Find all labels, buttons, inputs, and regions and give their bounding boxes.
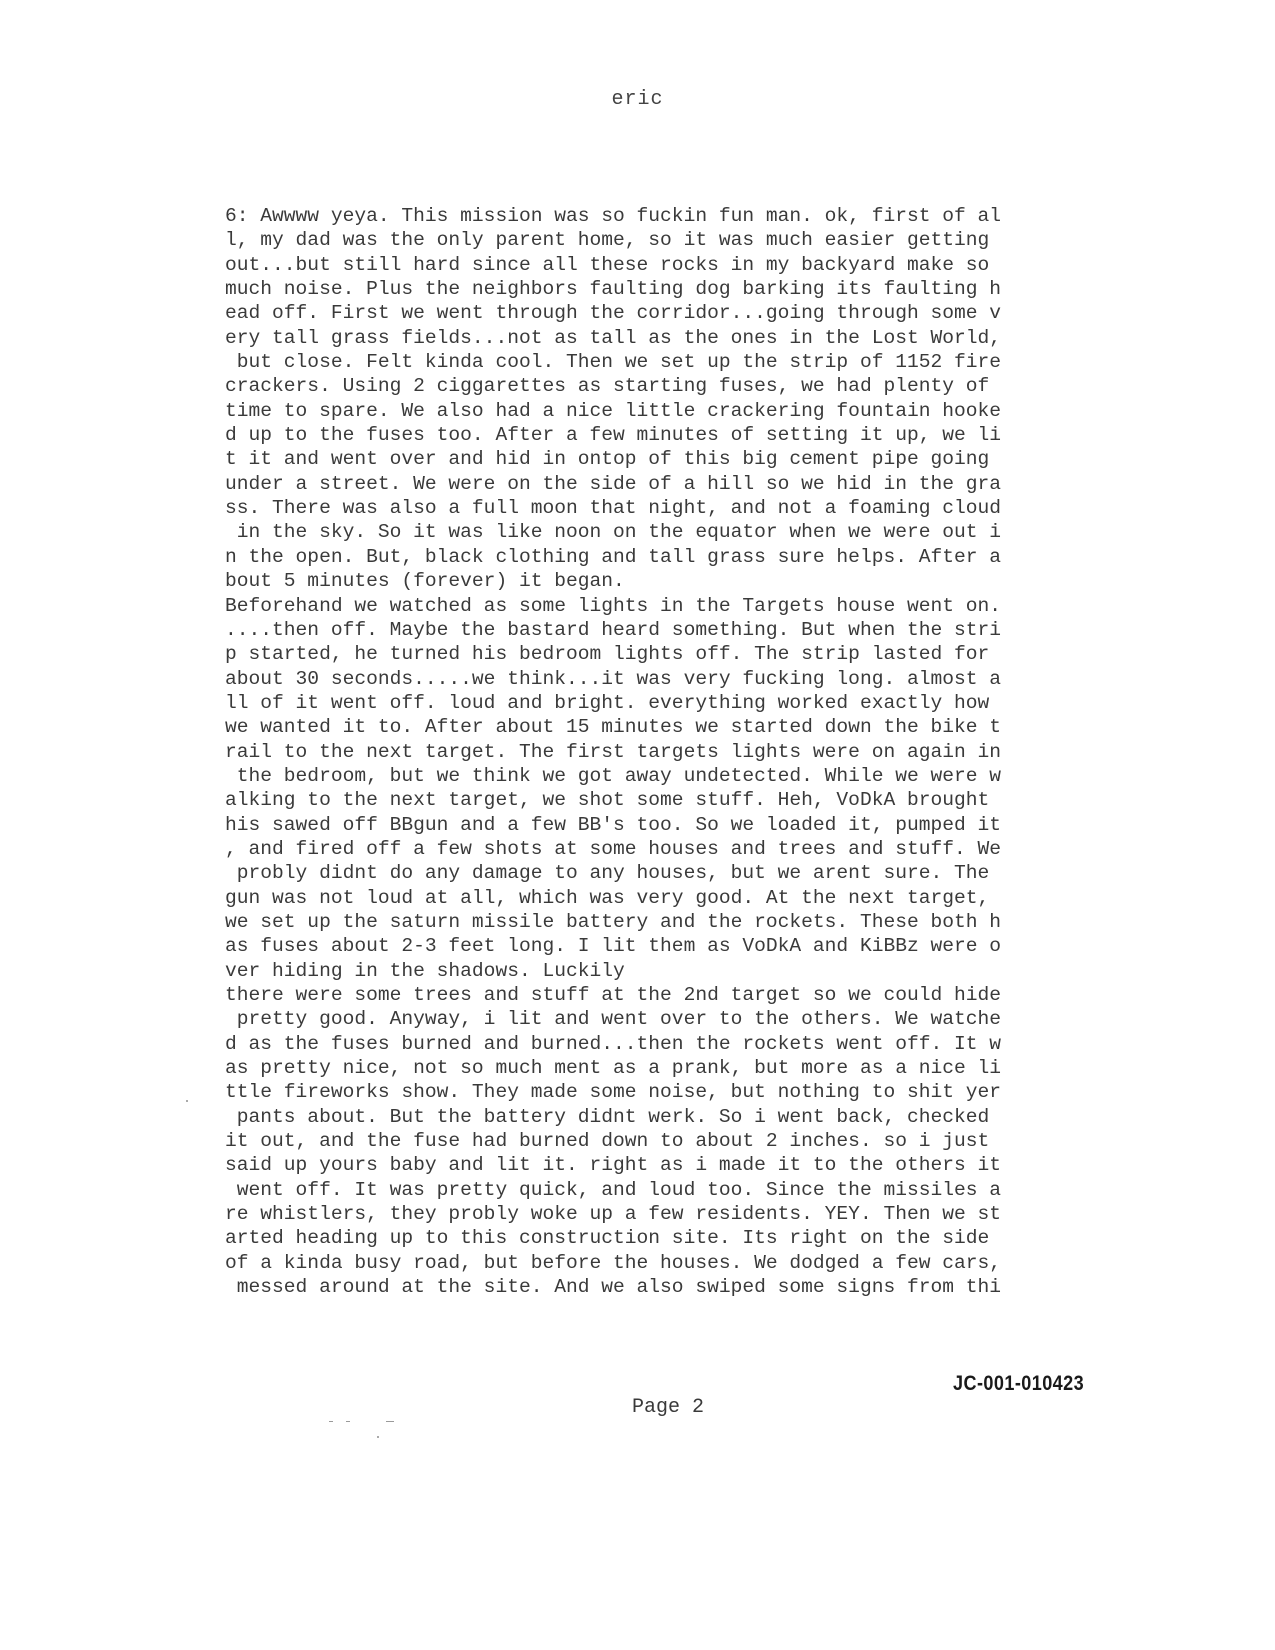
bates-document-id: JC-001-010423 — [953, 1372, 1084, 1396]
body-line: there were some trees and stuff at the 2… — [225, 983, 1125, 1007]
scan-artifact-mark — [346, 1421, 350, 1422]
body-line: re whistlers, they probly woke up a few … — [225, 1202, 1125, 1226]
scan-artifact-mark — [377, 1436, 379, 1438]
body-line: l, my dad was the only parent home, so i… — [225, 228, 1125, 252]
body-line: gun was not loud at all, which was very … — [225, 886, 1125, 910]
scan-artifact-mark — [329, 1421, 333, 1422]
body-line: pretty good. Anyway, i lit and went over… — [225, 1007, 1125, 1031]
body-line: ttle fireworks show. They made some nois… — [225, 1080, 1125, 1104]
body-line: pants about. But the battery didnt werk.… — [225, 1105, 1125, 1129]
body-line: went off. It was pretty quick, and loud … — [225, 1178, 1125, 1202]
document-body-text: 6: Awwww yeya. This mission was so fucki… — [225, 204, 1125, 1299]
body-line: under a street. We were on the side of a… — [225, 472, 1125, 496]
body-line: ss. There was also a full moon that nigh… — [225, 496, 1125, 520]
body-line: the bedroom, but we think we got away un… — [225, 764, 1125, 788]
body-line: we set up the saturn missile battery and… — [225, 910, 1125, 934]
body-line: t it and went over and hid in ontop of t… — [225, 447, 1125, 471]
body-line: his sawed off BBgun and a few BB's too. … — [225, 813, 1125, 837]
body-line: alking to the next target, we shot some … — [225, 788, 1125, 812]
body-line: we wanted it to. After about 15 minutes … — [225, 715, 1125, 739]
body-line: ....then off. Maybe the bastard heard so… — [225, 618, 1125, 642]
body-line: time to spare. We also had a nice little… — [225, 399, 1125, 423]
body-line: probly didnt do any damage to any houses… — [225, 861, 1125, 885]
body-line: , and fired off a few shots at some hous… — [225, 837, 1125, 861]
body-line: said up yours baby and lit it. right as … — [225, 1153, 1125, 1177]
body-line: d up to the fuses too. After a few minut… — [225, 423, 1125, 447]
body-line: Beforehand we watched as some lights in … — [225, 594, 1125, 618]
body-line: arted heading up to this construction si… — [225, 1226, 1125, 1250]
page-number: Page 2 — [632, 1396, 704, 1419]
body-line: it out, and the fuse had burned down to … — [225, 1129, 1125, 1153]
body-line: out...but still hard since all these roc… — [225, 253, 1125, 277]
body-line: but close. Felt kinda cool. Then we set … — [225, 350, 1125, 374]
body-line: in the sky. So it was like noon on the e… — [225, 520, 1125, 544]
scan-artifact-mark — [386, 1421, 394, 1422]
body-line: as pretty nice, not so much ment as a pr… — [225, 1056, 1125, 1080]
body-line: n the open. But, black clothing and tall… — [225, 545, 1125, 569]
body-line: bout 5 minutes (forever) it began. — [225, 569, 1125, 593]
body-line: ery tall grass fields...not as tall as t… — [225, 326, 1125, 350]
body-line: ll of it went off. loud and bright. ever… — [225, 691, 1125, 715]
body-line: much noise. Plus the neighbors faulting … — [225, 277, 1125, 301]
body-line: ver hiding in the shadows. Luckily — [225, 959, 1125, 983]
body-line: messed around at the site. And we also s… — [225, 1275, 1125, 1299]
body-line: as fuses about 2-3 feet long. I lit them… — [225, 934, 1125, 958]
body-line: ead off. First we went through the corri… — [225, 301, 1125, 325]
body-line: of a kinda busy road, but before the hou… — [225, 1251, 1125, 1275]
body-line: about 30 seconds.....we think...it was v… — [225, 667, 1125, 691]
body-line: 6: Awwww yeya. This mission was so fucki… — [225, 204, 1125, 228]
body-line: crackers. Using 2 ciggarettes as startin… — [225, 374, 1125, 398]
body-line: rail to the next target. The first targe… — [225, 740, 1125, 764]
body-line: p started, he turned his bedroom lights … — [225, 642, 1125, 666]
document-header-title: eric — [0, 88, 1275, 111]
scan-artifact-mark — [186, 1100, 188, 1102]
body-line: d as the fuses burned and burned...then … — [225, 1032, 1125, 1056]
